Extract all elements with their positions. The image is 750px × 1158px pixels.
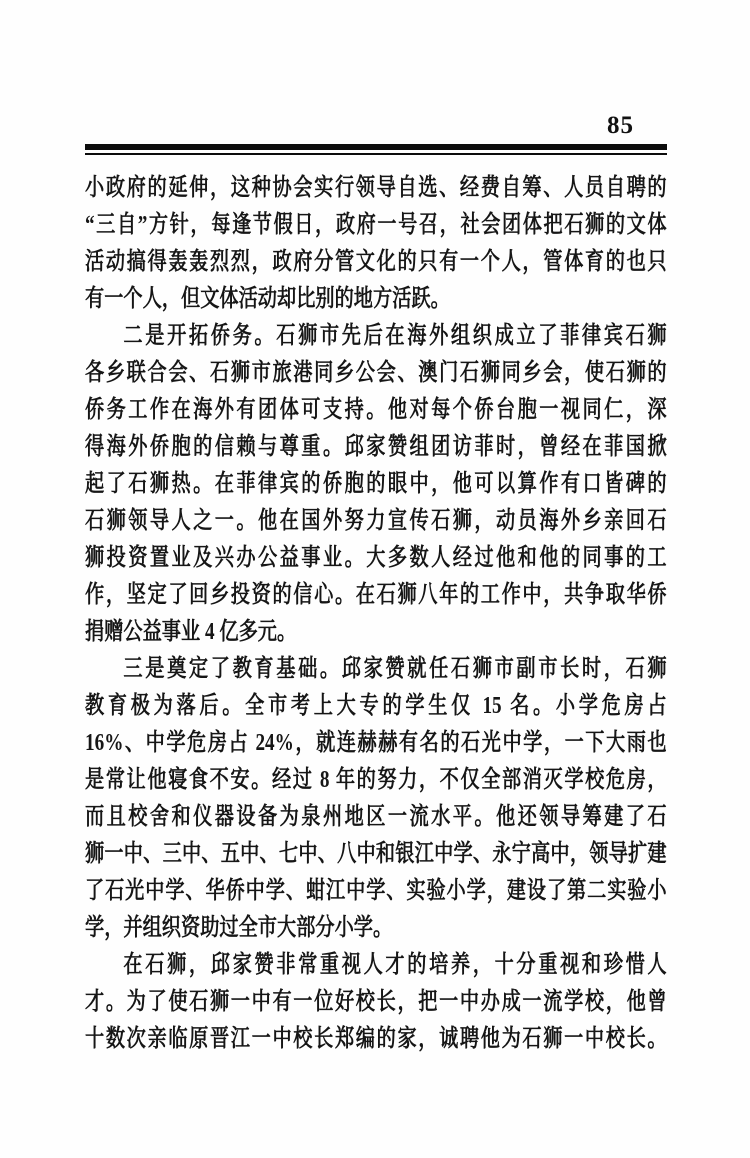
text-line: 活动搞得轰轰烈烈，政府分管文化的只有一个人，管体育的也只 xyxy=(85,244,667,281)
text-line: 侨务工作在海外有团体可支持。他对每个侨台胞一视同仁，深 xyxy=(85,392,667,429)
text-line: 十数次亲临原晋江一中校长郑编的家，诚聘他为石狮一中校长。 xyxy=(85,1021,667,1058)
page-number: 85 xyxy=(0,112,634,140)
page-header: 85 xyxy=(0,0,750,155)
text-line: 捐赠公益事业 4 亿多元。 xyxy=(85,614,667,651)
text-line: 教育极为落后。全市考上大专的学生仅 15 名。小学危房占 xyxy=(85,688,667,725)
text-line: 二是开拓侨务。石狮市先后在海外组织成立了菲律宾石狮 xyxy=(85,318,667,355)
text-line: 才。为了使石狮一中有一位好校长，把一中办成一流学校，他曾 xyxy=(85,984,667,1021)
header-rule-thin xyxy=(85,153,667,155)
text-line: 狮一中、三中、五中、七中、八中和银江中学、永宁高中，领导扩建 xyxy=(85,836,667,873)
text-line: 小政府的延伸，这种协会实行领导自选、经费自筹、人员自聘的 xyxy=(85,170,667,207)
text-line: 有一个人，但文体活动却比别的地方活跃。 xyxy=(85,281,667,318)
text-line: 作，坚定了回乡投资的信心。在石狮八年的工作中，共争取华侨 xyxy=(85,577,667,614)
text-line: 16%、中学危房占 24%，就连赫赫有名的石光中学，一下大雨也 xyxy=(85,725,667,762)
text-line: 而且校舍和仪器设备为泉州地区一流水平。他还领导筹建了石 xyxy=(85,799,667,836)
text-line: 是常让他寝食不安。经过 8 年的努力，不仅全部消灭学校危房， xyxy=(85,762,667,799)
text-line: 三是奠定了教育基础。邱家赞就任石狮市副市长时，石狮 xyxy=(85,651,667,688)
header-rule xyxy=(85,144,667,155)
text-line: 学，并组织资助过全市大部分小学。 xyxy=(85,910,667,947)
text-line: 狮投资置业及兴办公益事业。大多数人经过他和他的同事的工 xyxy=(85,540,667,577)
text-line: 在石狮，邱家赞非常重视人才的培养，十分重视和珍惜人 xyxy=(85,947,667,984)
text-line: 得海外侨胞的信赖与尊重。邱家赞组团访菲时，曾经在菲国掀 xyxy=(85,429,667,466)
book-page: 85 小政府的延伸，这种协会实行领导自选、经费自筹、人员自聘的 “三自”方针，每… xyxy=(0,0,750,1158)
text-line: “三自”方针，每逢节假日，政府一号召，社会团体把石狮的文体 xyxy=(85,207,667,244)
text-line: 起了石狮热。在菲律宾的侨胞的眼中，他可以算作有口皆碑的 xyxy=(85,466,667,503)
text-line: 了石光中学、华侨中学、蚶江中学、实验小学，建设了第二实验小 xyxy=(85,873,667,910)
text-line: 石狮领导人之一。他在国外努力宣传石狮，动员海外乡亲回石 xyxy=(85,503,667,540)
page-body: 小政府的延伸，这种协会实行领导自选、经费自筹、人员自聘的 “三自”方针，每逢节假… xyxy=(85,170,750,1058)
text-line: 各乡联合会、石狮市旅港同乡公会、澳门石狮同乡会，使石狮的 xyxy=(85,355,667,392)
header-rule-thick xyxy=(85,144,667,150)
